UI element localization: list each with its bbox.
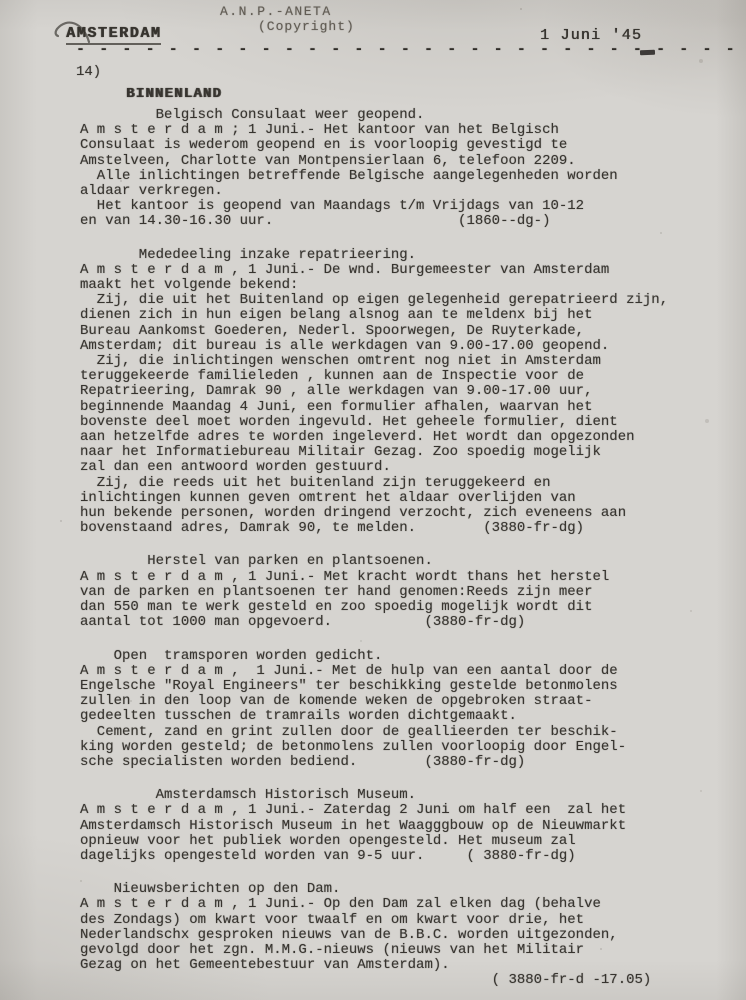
article-body: A m s t e r d a m , 1 Juni.- Met kracht … <box>80 570 668 631</box>
article-heading: Herstel van parken en plantsoenen. <box>80 554 668 569</box>
scanned-bulletin-page: A.N.P.-ANETA (Copyright) AMSTERDAM 1 Jun… <box>0 0 746 1000</box>
article-body: A m s t e r d a m , 1 Juni.- Zaterdag 2 … <box>80 803 668 864</box>
news-article: Amsterdamsch Historisch Museum. A m s t … <box>80 788 668 864</box>
news-article: Herstel van parken en plantsoenen. A m s… <box>80 554 668 630</box>
news-article: Nieuwsberichten op den Dam. A m s t e r … <box>80 882 668 988</box>
copyright-line: (Copyright) <box>258 19 355 34</box>
article-body: A m s t e r d a m ; 1 Juni.- Het kantoor… <box>80 123 668 229</box>
news-article: Open tramsporen worden gedicht. A m s t … <box>80 649 668 771</box>
section-title: BINNENLAND <box>126 86 222 102</box>
article-heading: Mededeeling inzake repatrieering. <box>80 248 668 263</box>
paper-specks <box>0 0 2 2</box>
article-body: A m s t e r d a m , 1 Juni.- Op den Dam … <box>80 897 668 988</box>
article-body: A m s t e r d a m , 1 Juni.- Met de hulp… <box>80 664 668 770</box>
article-body: A m s t e r d a m , 1 Juni.- De wnd. Bur… <box>80 263 668 537</box>
news-article: Belgisch Consulaat weer geopend. A m s t… <box>80 108 668 230</box>
agency-name: A.N.P.-ANETA <box>220 4 332 19</box>
dashed-separator: - - - - - - - - - - - - - - - - - - - - … <box>76 41 746 58</box>
articles-container: Belgisch Consulaat weer geopend. A m s t… <box>80 108 668 989</box>
page-number: 14) <box>76 64 101 80</box>
article-heading: Open tramsporen worden gedicht. <box>80 649 668 664</box>
article-heading: Belgisch Consulaat weer geopend. <box>80 108 668 123</box>
news-article: Mededeeling inzake repatrieering. A m s … <box>80 248 668 537</box>
